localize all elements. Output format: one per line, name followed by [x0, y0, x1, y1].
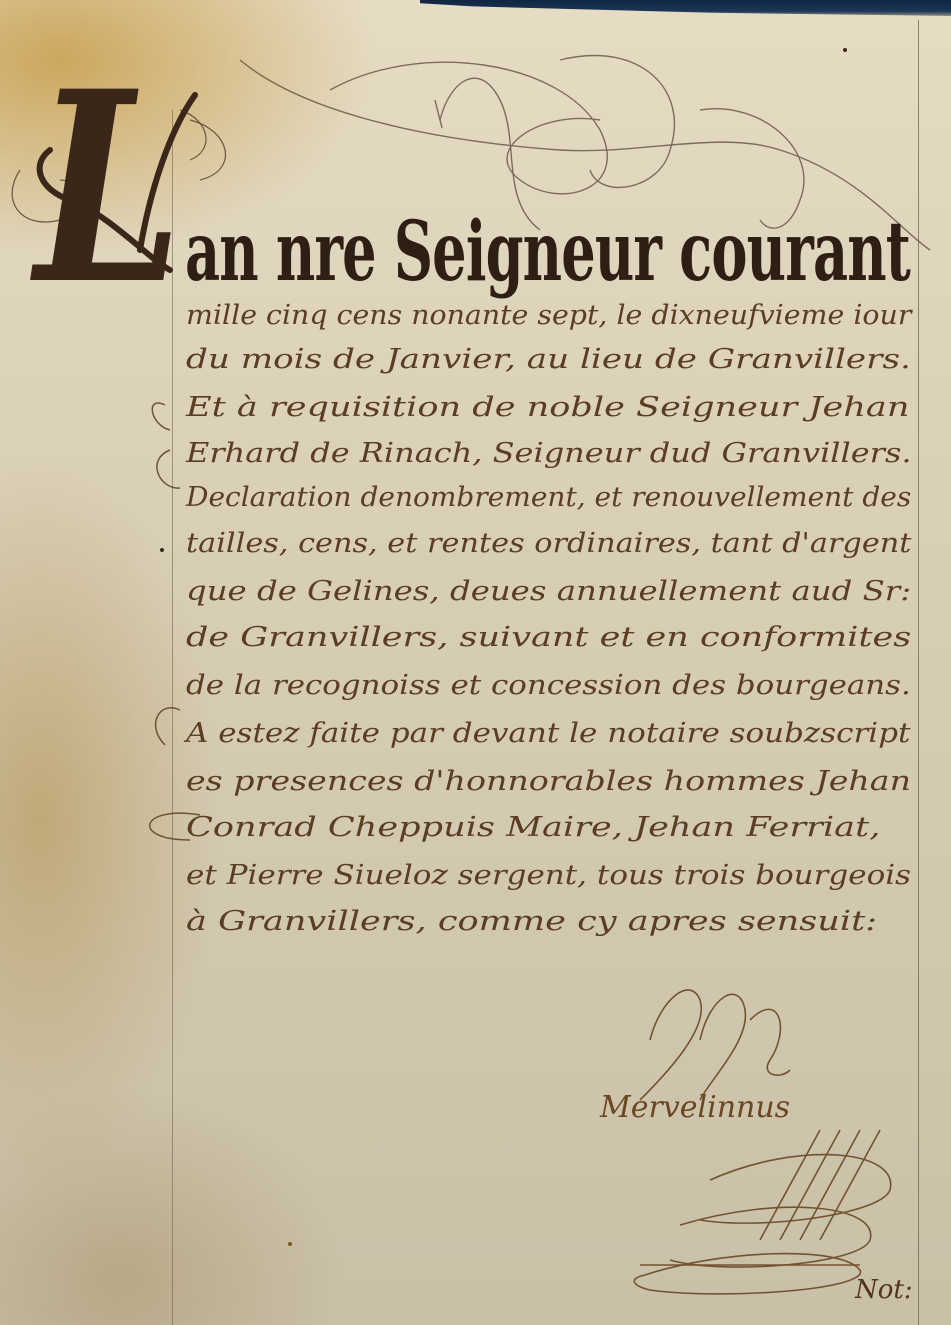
- body-line: et Pierre Siueloz sergent, tous trois bo…: [186, 860, 911, 891]
- body-line: Et à requisition de noble Seigneur Jehan: [186, 392, 909, 423]
- ink-speck: [288, 1242, 292, 1246]
- body-line: Conrad Cheppuis Maire, Jehan Ferriat,: [186, 812, 880, 843]
- binding-strip: [420, 0, 951, 16]
- notary-mark: Not:: [855, 1275, 913, 1305]
- body-line: Erhard de Rinach, Seigneur dud Granville…: [186, 438, 912, 469]
- illuminated-initial: L: [35, 58, 182, 321]
- body-line: à Granvillers, comme cy apres sensuit:: [186, 906, 877, 937]
- body-line: A estez faite par devant le notaire soub…: [186, 718, 910, 749]
- body-line: mille cinq cens nonante sept, le dixneuf…: [186, 300, 911, 331]
- manuscript-page: L an nre Seigneur courant mille cinq cen…: [0, 0, 951, 1325]
- body-line: du mois de Janvier, au lieu de Granville…: [186, 344, 911, 375]
- ink-speck: [843, 48, 847, 52]
- ink-speck: [160, 548, 164, 552]
- body-line: de la recognoiss et concession des bourg…: [186, 670, 911, 701]
- right-margin-rule: [918, 20, 919, 1325]
- heading-text: an nre Seigneur courant: [185, 195, 910, 308]
- body-line: de Granvillers, suivant et en conformite…: [186, 622, 911, 653]
- notary-signature: Mervelinnus: [600, 1090, 790, 1125]
- document-heading: L an nre Seigneur courant: [185, 195, 915, 308]
- body-line: tailles, cens, et rentes ordinaires, tan…: [186, 528, 911, 559]
- body-line: Declaration denombrement, et renouvellem…: [186, 482, 911, 513]
- body-line: es presences d'honnorables hommes Jehan: [186, 766, 911, 797]
- body-line: que de Gelines, deues annuellement aud S…: [186, 576, 911, 607]
